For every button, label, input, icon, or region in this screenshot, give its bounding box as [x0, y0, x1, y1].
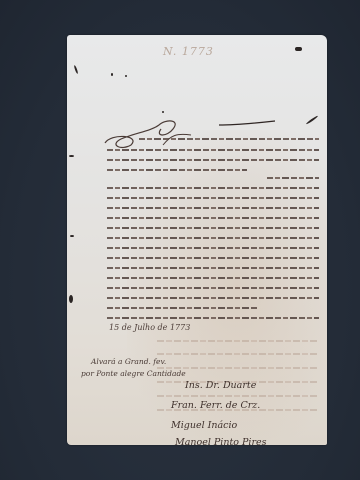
text-line — [107, 277, 319, 279]
bleed-through-line — [157, 340, 317, 342]
text-line — [107, 227, 319, 229]
ink-speck — [125, 75, 127, 77]
text-line — [107, 169, 247, 171]
text-line — [107, 257, 319, 259]
ink-speck — [69, 295, 73, 303]
date-line: 15 de Julho de 1773 — [109, 323, 190, 332]
signature-4: Manoel Pinto Pires — [175, 437, 266, 445]
text-line — [139, 138, 319, 140]
text-line — [107, 287, 319, 289]
text-line — [107, 197, 319, 199]
top-flourish — [217, 119, 277, 129]
text-line — [107, 207, 319, 209]
text-line — [107, 247, 319, 249]
text-line — [107, 307, 257, 309]
signature-3: Miguel Inácio — [171, 420, 237, 431]
marginal-note-line-2: por Ponte alegre Cantidade — [81, 369, 186, 378]
text-line — [267, 177, 319, 179]
ink-speck — [111, 73, 113, 76]
text-line — [107, 317, 319, 319]
marginal-note-line-1: Alvará a Grand. fev. — [91, 357, 166, 366]
text-line — [107, 159, 319, 161]
header-mark: N. 1773 — [163, 45, 214, 58]
bleed-through-line — [157, 395, 317, 397]
opening-flourish — [101, 115, 201, 151]
ink-speck — [69, 155, 74, 157]
ink-speck — [70, 235, 74, 237]
manuscript-page: N. 1773 15 de Julho de 1773 Alvará a Gra… — [67, 35, 327, 445]
ink-speck — [74, 65, 79, 74]
text-line — [107, 237, 319, 239]
text-line — [107, 267, 319, 269]
text-line — [107, 297, 319, 299]
ink-speck — [306, 115, 319, 125]
signature-2: Fran. Ferr. de Crz. — [171, 400, 260, 411]
text-line — [107, 187, 319, 189]
ink-speck — [162, 111, 164, 113]
ink-speck — [295, 47, 302, 51]
text-line — [107, 217, 319, 219]
signature-1: Ins. Dr. Duarte — [185, 380, 256, 391]
text-line — [107, 149, 319, 151]
bleed-through-line — [157, 353, 317, 355]
